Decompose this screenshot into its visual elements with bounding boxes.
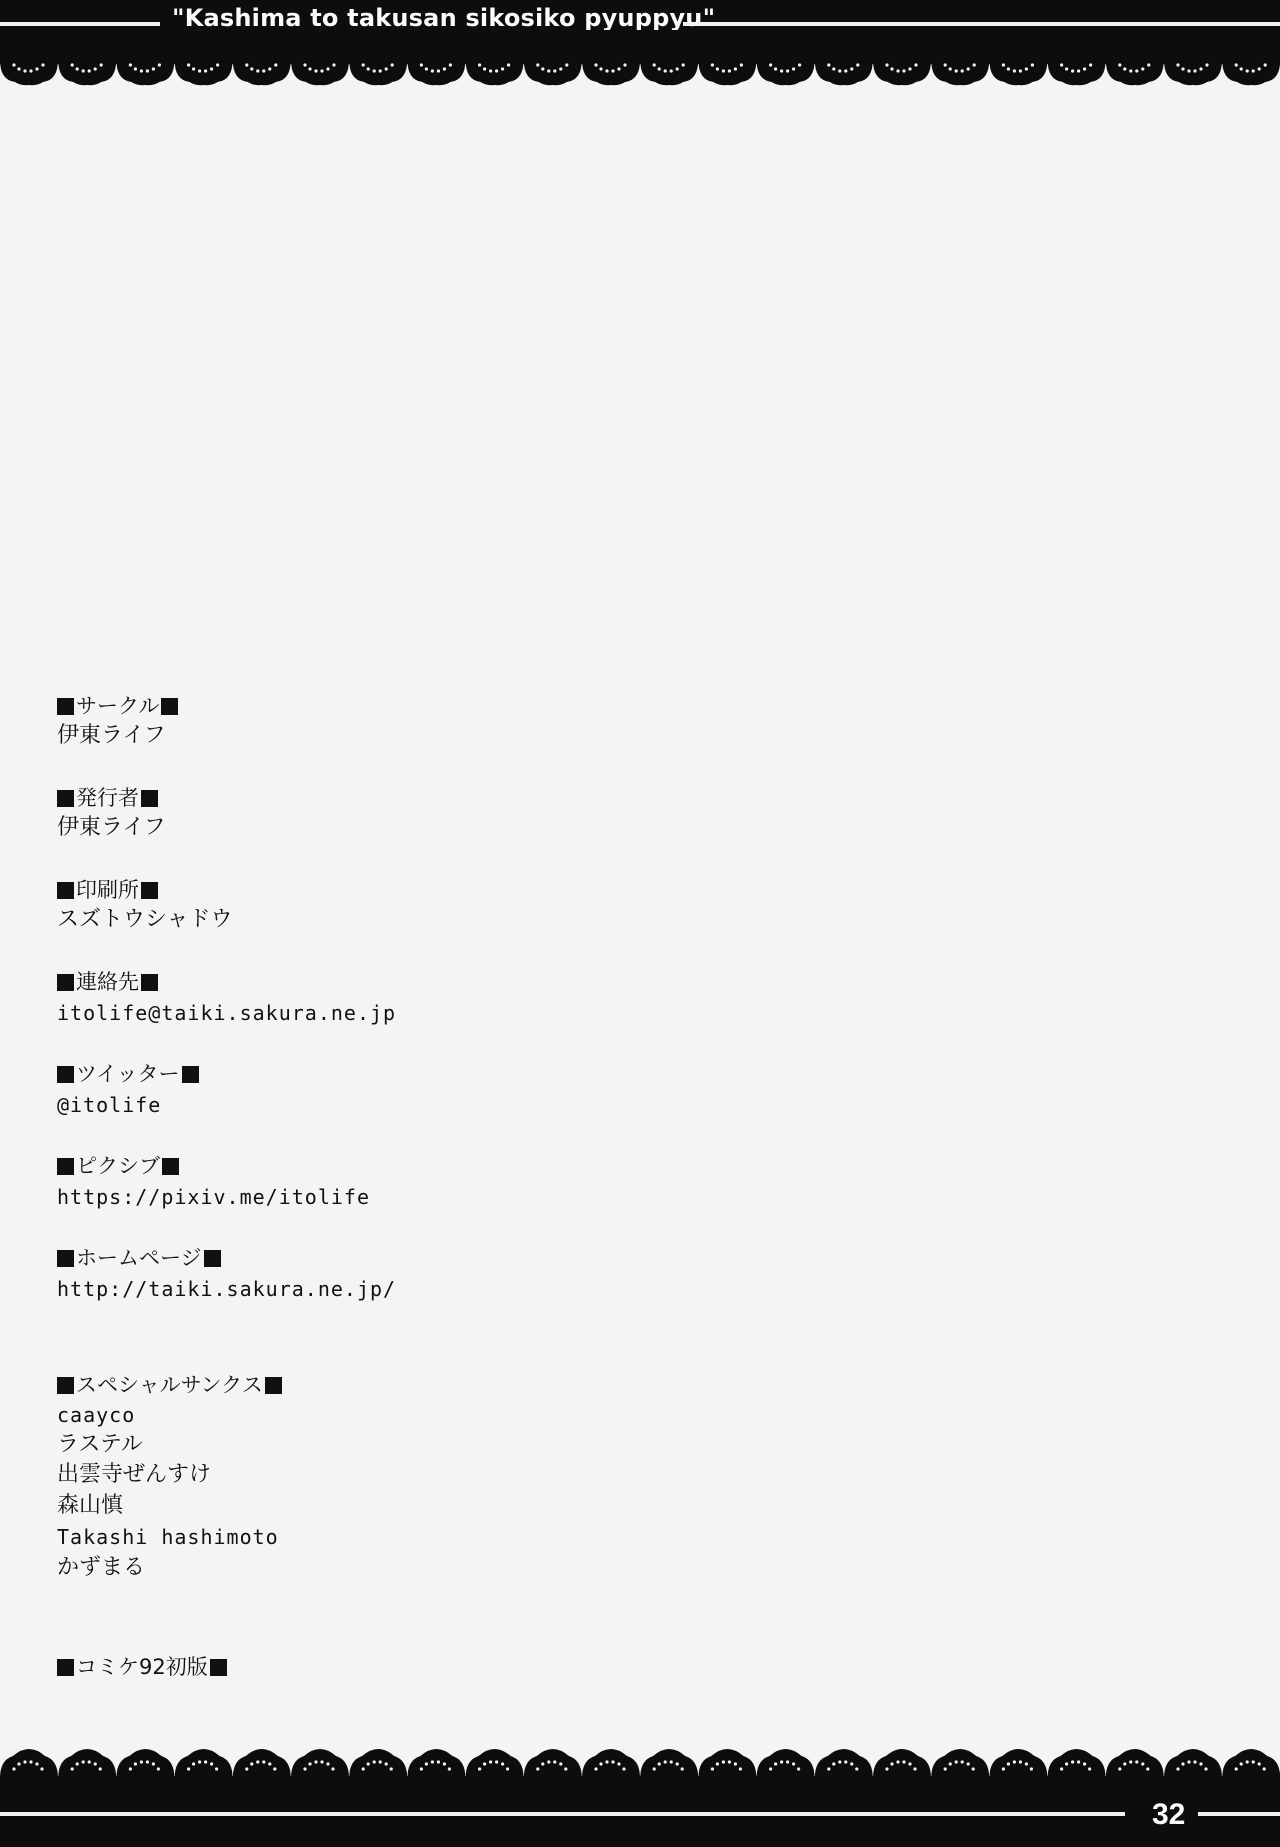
header-rule-right (683, 22, 1280, 26)
section-heading-circle: サークル (57, 693, 180, 719)
section-heading-printer: 印刷所 (57, 877, 160, 903)
footer-rule-left (0, 1812, 1125, 1816)
thanks-item: Takashi hashimoto (57, 1523, 279, 1551)
section-heading-pixiv: ピクシブ (57, 1153, 181, 1179)
section-heading-publisher: 発行者 (57, 785, 160, 811)
square-bullet-icon (57, 1158, 74, 1175)
contact-email[interactable]: itolife@taiki.sakura.ne.jp (57, 999, 396, 1027)
square-bullet-icon (210, 1659, 227, 1676)
square-bullet-icon (162, 1158, 179, 1175)
section-heading-contact: 連絡先 (57, 969, 160, 995)
page-number: 32 (1152, 1798, 1185, 1832)
circle-name: 伊東ライフ (57, 722, 166, 750)
homepage-link[interactable]: http://taiki.sakura.ne.jp/ (57, 1275, 396, 1303)
thanks-item: 出雲寺ぜんすけ (57, 1461, 211, 1489)
square-bullet-icon (141, 790, 158, 807)
top-scallop-row (0, 30, 1280, 86)
section-heading-homepage: ホームページ (57, 1245, 223, 1271)
square-bullet-icon (57, 1659, 74, 1676)
thanks-item: ラステル (57, 1431, 143, 1459)
square-bullet-icon (57, 698, 74, 715)
square-bullet-icon (141, 974, 158, 991)
square-bullet-icon (265, 1377, 282, 1394)
footer-rule-right (1198, 1812, 1280, 1816)
publisher-name: 伊東ライフ (57, 814, 166, 842)
section-heading-twitter: ツイッター (57, 1061, 201, 1087)
square-bullet-icon (57, 882, 74, 899)
thanks-item: caayco (57, 1401, 135, 1429)
thanks-item: かずまる (57, 1554, 145, 1582)
section-heading-edition: コミケ92初版 (57, 1654, 229, 1680)
square-bullet-icon (57, 1250, 74, 1267)
twitter-handle[interactable]: @itolife (57, 1091, 161, 1119)
square-bullet-icon (57, 1377, 74, 1394)
printer-name: スズトウシャドウ (57, 906, 233, 934)
square-bullet-icon (182, 1066, 199, 1083)
bottom-lace-border-icon (0, 1748, 1280, 1778)
square-bullet-icon (57, 974, 74, 991)
section-heading-special-thanks: スペシャルサンクス (57, 1372, 284, 1398)
square-bullet-icon (57, 1066, 74, 1083)
pixiv-link[interactable]: https://pixiv.me/itolife (57, 1183, 370, 1211)
header-rule-left (0, 22, 160, 26)
square-bullet-icon (204, 1250, 221, 1267)
square-bullet-icon (161, 698, 178, 715)
square-bullet-icon (57, 790, 74, 807)
square-bullet-icon (141, 882, 158, 899)
book-title: "Kashima to takusan sikosiko pyuppyu" (172, 4, 715, 32)
thanks-item: 森山慎 (57, 1492, 123, 1520)
